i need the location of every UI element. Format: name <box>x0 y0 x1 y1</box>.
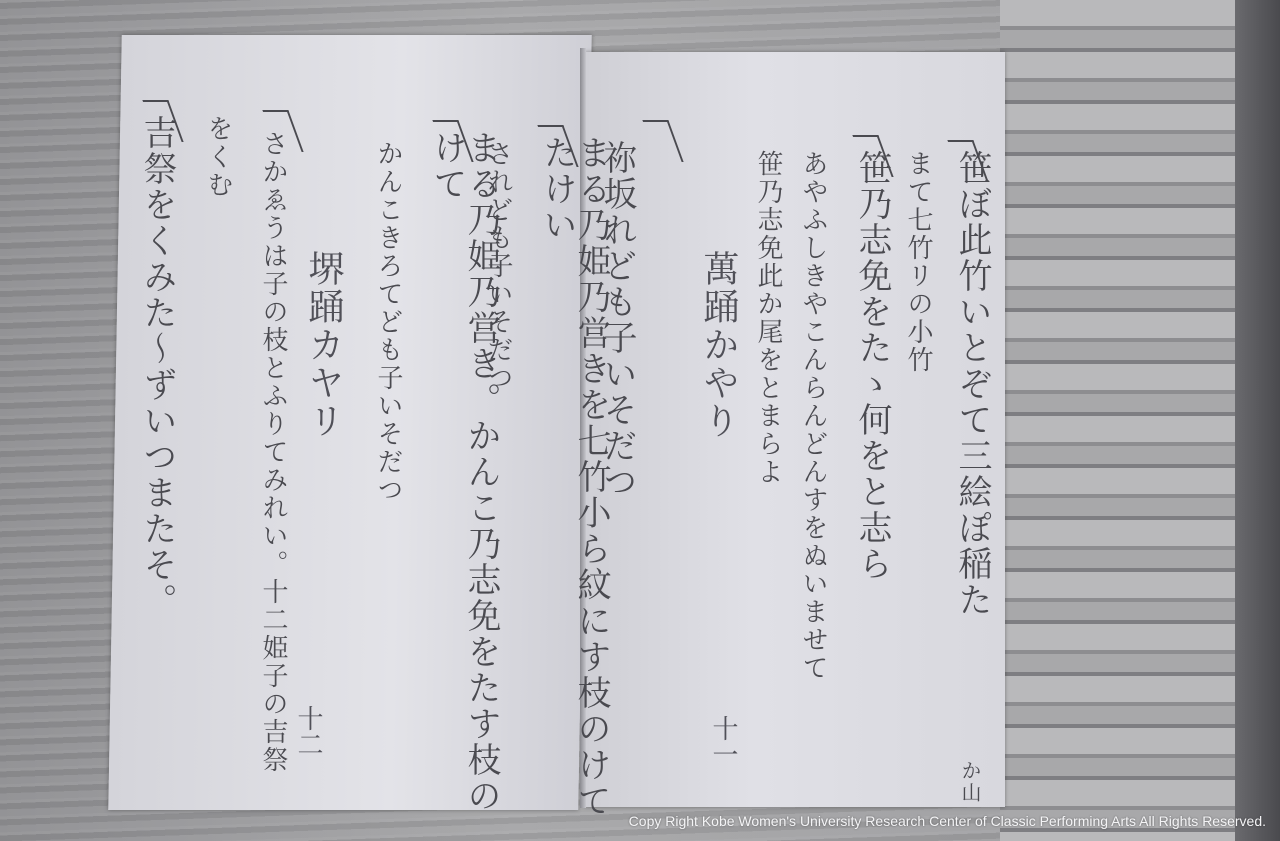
left-page-heading: 堺踊カヤリ <box>305 250 341 440</box>
right-column-3: 笹乃志免をたゝ何をと志ら <box>855 150 889 582</box>
dark-edge-background <box>1235 0 1280 841</box>
right-margin-note: か山 <box>960 760 980 804</box>
right-page <box>585 52 1005 807</box>
left-column-6: をくむ <box>205 115 231 199</box>
left-column-1: まる乃姫乃営きを七竹小ら紋にす枝のけてたけい <box>540 135 608 841</box>
left-column-7: 吉祭をくみた～ずいつまたそ。 <box>140 115 174 619</box>
right-page-heading: 萬踊かやり <box>700 250 736 440</box>
right-column-1: 笹ぼ此竹いとぞて三絵ぽ稲た <box>955 150 989 618</box>
right-column-4: あやふしきやこんらんどんすをぬいませて <box>800 150 826 682</box>
left-page-number: 十二 <box>290 705 327 757</box>
left-column-5: さかゑうは子の枝とふりてみれい。十二姫子の吉祭 <box>260 130 286 774</box>
left-page <box>108 35 592 810</box>
left-column-4: かんこきろてども子いそだつ <box>375 140 401 504</box>
copyright-watermark: Copy Right Kobe Women's University Resea… <box>629 813 1266 829</box>
right-column-5: 笹乃志免此か尾をとまらよ <box>755 150 781 486</box>
left-column-3: まる乃姫乃営き。かんこ乃志免をたす枝のけて <box>430 130 498 841</box>
right-column-2: まて七竹リの小竹 <box>905 150 931 374</box>
right-page-number: 十一 <box>705 715 742 767</box>
